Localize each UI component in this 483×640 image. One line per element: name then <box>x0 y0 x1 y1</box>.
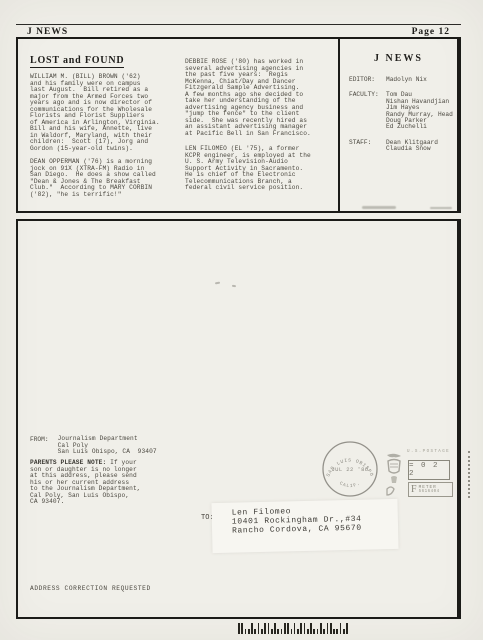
article-len-filomeo: LEN FILOMEO (EL '75), a former KCPR engi… <box>185 146 343 192</box>
masthead-names: Tom Dau Nishan Havandjian Jim Hayes Rand… <box>386 92 453 130</box>
articles-box: LOST and FOUND WILLIAM M. (BILL) BROWN (… <box>16 37 461 213</box>
meter-amount: = 0 2 2 <box>408 460 450 480</box>
scan-smudge <box>430 207 452 209</box>
meter-top-text: U.S.POSTAGE <box>407 450 450 454</box>
meter-id-box: F METER 5616404 <box>408 482 453 497</box>
masthead-label: EDITOR: <box>349 77 386 83</box>
meter-eagle-icon <box>384 453 404 499</box>
meter-perforation <box>468 451 470 498</box>
lost-and-found-column: LOST and FOUND WILLIAM M. (BILL) BROWN (… <box>30 50 195 198</box>
mailing-panel: FROM: Journalism Department Cal Poly San… <box>16 219 461 619</box>
page-number: Page 12 <box>412 27 450 37</box>
masthead-names: Madolyn Nix <box>386 77 427 83</box>
from-label: FROM: <box>30 436 49 456</box>
article-william-brown: WILLIAM M. (BILL) BROWN ('62) and his fa… <box>30 74 195 152</box>
masthead-row-faculty: FACULTY: Tom Dau Nishan Havandjian Jim H… <box>349 92 457 130</box>
meter-prefix: F <box>411 485 417 495</box>
middle-column: DEBBIE ROSE ('80) has worked in several … <box>185 59 343 192</box>
masthead-box: J NEWS EDITOR: Madolyn Nix FACULTY: Tom … <box>340 39 457 211</box>
from-block: FROM: Journalism Department Cal Poly San… <box>30 436 157 456</box>
masthead-label: FACULTY: <box>349 92 386 130</box>
postage-meter-stamp: U.S.POSTAGE = 0 2 2 F METER 5616404 <box>384 448 460 502</box>
masthead-label: STAFF: <box>349 140 386 153</box>
article-dean-opperman: DEAN OPPERMAN ('76) is a morning jock on… <box>30 159 195 198</box>
address-correction-note: ADDRESS CORRECTION REQUESTED <box>30 585 151 592</box>
article-debbie-rose: DEBBIE ROSE ('80) has worked in several … <box>185 59 343 137</box>
scan-smudge <box>362 206 396 209</box>
svg-text:CALIF.: CALIF. <box>338 480 361 489</box>
postmark-stamp: SAN LUIS OBISPO JUL 22 '86 CALIF. <box>318 437 382 501</box>
masthead-names: Dean Klitgaard Claudia Snow <box>386 140 438 153</box>
masthead-row-staff: STAFF: Dean Klitgaard Claudia Snow <box>349 140 457 153</box>
postmark-date: JUL 22 '86 <box>331 466 368 473</box>
scan-speck <box>232 285 236 287</box>
address-sticker: Len Filomeo 10401 Rockingham Dr.,#34 Ran… <box>211 499 398 553</box>
meter-number: 5616404 <box>419 490 440 494</box>
postmark-state: CALIF. <box>338 480 361 489</box>
recipient-address: Len Filomeo 10401 Rockingham Dr.,#34 Ran… <box>211 499 398 537</box>
header-title: J NEWS <box>27 27 68 37</box>
postnet-barcode <box>238 621 350 634</box>
parents-note: PARENTS PLEASE NOTE: If your son or daug… <box>30 460 190 506</box>
scan-speck <box>215 282 220 284</box>
lost-and-found-heading: LOST and FOUND <box>30 55 124 68</box>
masthead-title: J NEWS <box>340 53 457 64</box>
masthead-row-editor: EDITOR: Madolyn Nix <box>349 77 457 83</box>
newsletter-page: J NEWS Page 12 LOST and FOUND WILLIAM M.… <box>0 0 483 640</box>
from-address: Journalism Department Cal Poly San Luis … <box>58 436 157 456</box>
masthead-rows: EDITOR: Madolyn Nix FACULTY: Tom Dau Nis… <box>349 77 457 153</box>
parents-note-body: If your son or daughter is no longer at … <box>30 459 141 505</box>
